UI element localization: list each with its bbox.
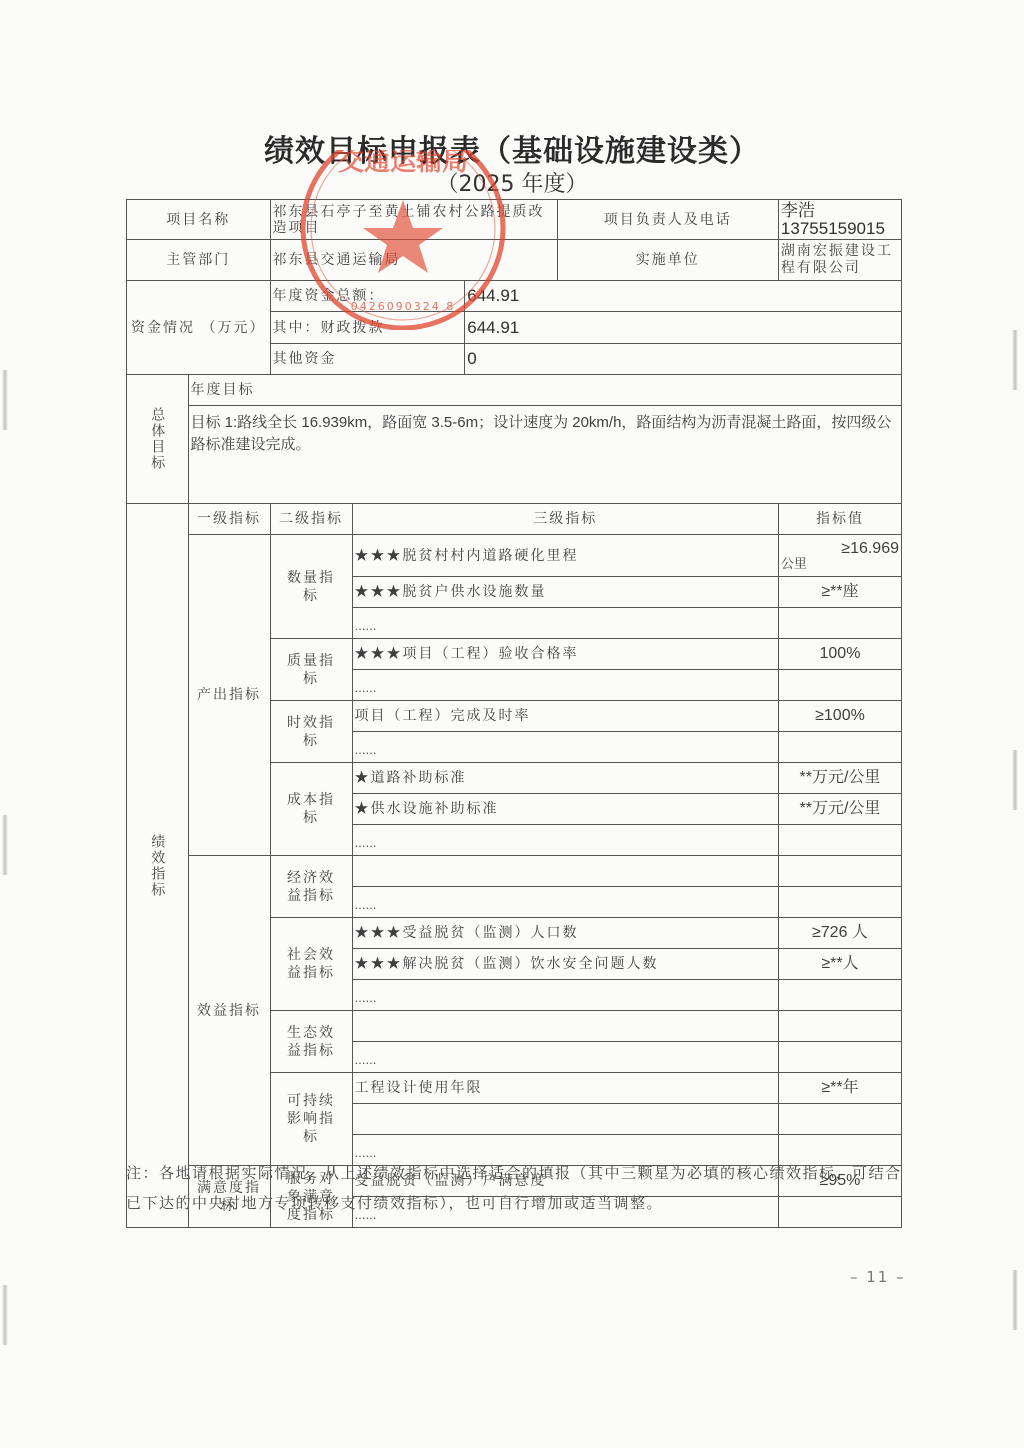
indicator-unit: 公里 (781, 558, 899, 572)
indicator-value: ≥95% (778, 1166, 901, 1197)
level3-indicator: ★道路补助标准 (352, 763, 778, 794)
indicator-value (778, 1197, 901, 1228)
indicators-label-cell: 绩效指标 (127, 504, 189, 1228)
indicator-value (778, 1135, 901, 1166)
level3-indicator: …… (352, 608, 778, 639)
indicator-value: ≥16.969公里 (778, 535, 901, 577)
level3-indicator: 受益脱贫（监测）户满意度 (352, 1166, 778, 1197)
level3-indicator (352, 856, 778, 887)
scan-edge-mark (2, 370, 8, 430)
indicator-value (778, 856, 901, 887)
funds-label: 资金情况 （万元） (127, 281, 271, 375)
project-name-value: 祁东县石亭子至黄土铺农村公路提质改造项目 (270, 200, 557, 240)
indicator-value-text: ≥16.969 (781, 540, 899, 558)
level3-indicator: …… (352, 887, 778, 918)
indicator-value (778, 825, 901, 856)
header-level1: 一级指标 (188, 504, 270, 535)
level3-indicator (352, 1104, 778, 1135)
indicator-value (778, 608, 901, 639)
indicator-value-text: 100% (781, 645, 899, 663)
indicator-value-text: ≥**人 (781, 955, 899, 973)
level3-indicator: 项目（工程）完成及时率 (352, 701, 778, 732)
level3-indicator: …… (352, 1135, 778, 1166)
level1-indicator: 满意度指标 (188, 1166, 270, 1228)
indicator-value (778, 887, 901, 918)
funds-total-value: 644.91 (465, 281, 902, 312)
level2-indicator: 成本指标 (270, 763, 352, 856)
indicator-value-text: ≥**年 (781, 1079, 899, 1097)
level2-indicator: 生态效益指标 (270, 1011, 352, 1073)
scan-edge-mark (2, 815, 8, 875)
indicator-value: ≥100% (778, 701, 901, 732)
header-value: 指标值 (778, 504, 901, 535)
level2-indicator: 经济效益指标 (270, 856, 352, 918)
overall-goal-label-cell: 总体目标 (127, 375, 189, 504)
funds-fiscal-label: 其中：财政拨款 (270, 312, 465, 344)
level3-indicator: ★★★解决脱贫（监测）饮水安全问题人数 (352, 949, 778, 980)
annual-goal-text: 目标 1:路线全长 16.939km，路面宽 3.5-6m；设计速度为 20km… (188, 406, 902, 504)
project-name-label: 项目名称 (127, 200, 271, 240)
manager-value: 李浩 13755159015 (778, 200, 901, 240)
indicator-value-text: ≥**座 (781, 583, 899, 601)
level3-indicator: …… (352, 1042, 778, 1073)
indicator-value (778, 980, 901, 1011)
level1-indicator: 效益指标 (188, 856, 270, 1166)
level3-indicator: …… (352, 732, 778, 763)
indicator-row: 产出指标数量指标★★★脱贫村村内道路硬化里程≥16.969公里 (127, 535, 902, 577)
funds-other-value: 0 (465, 344, 902, 375)
funds-other-label: 其他资金 (270, 344, 465, 375)
document-subtitle: （2025 年度） (0, 167, 1024, 198)
header-level3: 三级指标 (352, 504, 778, 535)
indicator-value-text: **万元/公里 (781, 800, 899, 818)
document-title: 绩效目标申报表（基础设施建设类） (0, 126, 1024, 170)
indicator-value (778, 1042, 901, 1073)
level2-indicator: 社会效益指标 (270, 918, 352, 1011)
funds-total-label: 年度资金总额： (270, 281, 465, 312)
indicator-value-text: ≥100% (781, 707, 899, 725)
performance-form-table: 项目名称 祁东县石亭子至黄土铺农村公路提质改造项目 项目负责人及电话 李浩 13… (126, 199, 902, 1228)
level2-indicator: 质量指标 (270, 639, 352, 701)
level3-indicator: …… (352, 670, 778, 701)
indicators-label: 绩效指标 (148, 834, 166, 898)
dept-label: 主管部门 (127, 240, 271, 281)
impl-label: 实施单位 (557, 240, 778, 281)
indicator-value: ≥726 人 (778, 918, 901, 949)
dept-value: 祁东县交通运输局 (270, 240, 557, 281)
indicator-value: ≥**座 (778, 577, 901, 608)
annual-goal-label: 年度目标 (188, 375, 902, 406)
scan-edge-mark (1012, 1270, 1018, 1330)
level3-indicator: ★★★脱贫村村内道路硬化里程 (352, 535, 778, 577)
indicator-row: 满意度指标服务对象满意度指标受益脱贫（监测）户满意度≥95% (127, 1166, 902, 1197)
indicator-row: 效益指标经济效益指标 (127, 856, 902, 887)
indicator-value (778, 1011, 901, 1042)
indicator-value-text: ≥726 人 (781, 924, 899, 942)
level3-indicator (352, 1011, 778, 1042)
level3-indicator: …… (352, 980, 778, 1011)
indicator-value (778, 670, 901, 701)
indicator-value: **万元/公里 (778, 763, 901, 794)
level2-indicator: 服务对象满意度指标 (270, 1166, 352, 1228)
indicator-value: **万元/公里 (778, 794, 901, 825)
funds-fiscal-value: 644.91 (465, 312, 902, 344)
indicator-value: ≥**年 (778, 1073, 901, 1104)
level3-indicator: ★★★项目（工程）验收合格率 (352, 639, 778, 670)
scan-edge-mark (1012, 330, 1018, 390)
header-level2: 二级指标 (270, 504, 352, 535)
indicator-value: 100% (778, 639, 901, 670)
indicator-value-text: ≥95% (781, 1172, 899, 1190)
indicator-value (778, 1104, 901, 1135)
level3-indicator: …… (352, 1197, 778, 1228)
scan-edge-mark (1012, 750, 1018, 810)
level2-indicator: 时效指标 (270, 701, 352, 763)
level3-indicator: …… (352, 825, 778, 856)
indicator-value: ≥**人 (778, 949, 901, 980)
page-number: – 11 – (850, 1268, 906, 1286)
level1-indicator: 产出指标 (188, 535, 270, 856)
indicator-value-text: **万元/公里 (781, 769, 899, 787)
manager-label: 项目负责人及电话 (557, 200, 778, 240)
level3-indicator: ★★★脱贫户供水设施数量 (352, 577, 778, 608)
overall-goal-label: 总体目标 (148, 407, 166, 471)
level3-indicator: ★★★受益脱贫（监测）人口数 (352, 918, 778, 949)
level2-indicator: 可持续影响指标 (270, 1073, 352, 1166)
indicator-value (778, 732, 901, 763)
impl-value: 湖南宏振建设工程有限公司 (778, 240, 901, 281)
level3-indicator: ★供水设施补助标准 (352, 794, 778, 825)
level3-indicator: 工程设计使用年限 (352, 1073, 778, 1104)
scan-edge-mark (2, 1285, 8, 1345)
level2-indicator: 数量指标 (270, 535, 352, 639)
